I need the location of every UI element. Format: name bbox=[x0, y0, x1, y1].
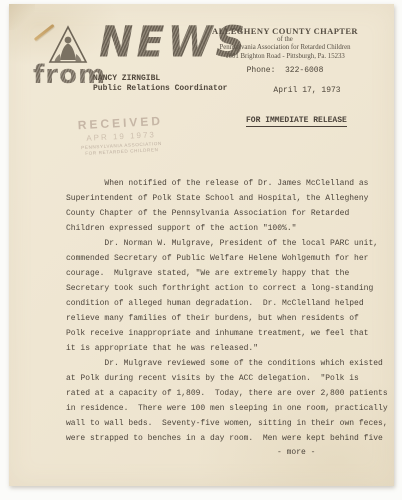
body-line: in residence. There were 100 men sleepin… bbox=[66, 401, 396, 416]
association-name: Pennsylvania Association for Retarded Ch… bbox=[190, 44, 380, 53]
for-immediate-release-label: FOR IMMEDIATE RELEASE bbox=[246, 116, 347, 127]
body-line: were strapped to benches in a day room. … bbox=[66, 431, 396, 446]
organization-block: ALLEGHENY COUNTY CHAPTER of the Pennsylv… bbox=[190, 26, 380, 95]
body-line: Dr. Norman W. Mulgrave, President of the… bbox=[66, 236, 396, 251]
date-line: April 17, 1973 bbox=[190, 86, 380, 95]
body-line: Children expressed support of the action… bbox=[66, 221, 396, 236]
body-line: Polk receive inappropriate and inhumane … bbox=[66, 326, 396, 341]
body-line: it is appropriate that he was released." bbox=[66, 341, 396, 356]
body-line: Superintendent of Polk State School and … bbox=[66, 191, 396, 206]
body-line: County Chapter of the Pennsylvania Assoc… bbox=[66, 206, 396, 221]
body-line: courage. Mulgrave stated, "We are extrem… bbox=[66, 266, 396, 281]
body-line: wall to wall beds. Seventy-five women, s… bbox=[66, 416, 396, 431]
body-line: Dr. Mulgrave reviewed some of the condit… bbox=[66, 356, 396, 371]
body-line: commended Secretary of Public Welfare He… bbox=[66, 251, 396, 266]
body-line: relieve many families of their burdens, … bbox=[66, 311, 396, 326]
body-line: When notified of the release of Dr. Jame… bbox=[66, 176, 396, 191]
phone-line: Phone: 322-6008 bbox=[190, 66, 380, 75]
body-line: rated at a capacity of 1,809. Today, the… bbox=[66, 386, 396, 401]
body-line: at Polk during recent visits by the ACC … bbox=[66, 371, 396, 386]
address-line: 1001 Brighton Road - Pittsburgh, Pa. 152… bbox=[190, 53, 380, 62]
body-line: Secretary took such forthright action to… bbox=[66, 281, 396, 296]
received-stamp: RECEIVED APR 19 1973 PENNSYLVANIA ASSOCI… bbox=[60, 113, 182, 157]
more-continuation-marker: - more - bbox=[277, 448, 315, 457]
body-line: condition of alleged human degradation. … bbox=[66, 296, 396, 311]
paper-corner-crease bbox=[9, 4, 35, 30]
chapter-name: ALLEGHENY COUNTY CHAPTER bbox=[190, 26, 380, 36]
press-release-page: NEWS from NANCY ZIRNGIBLPublic Relations… bbox=[9, 4, 394, 486]
contact-name: NANCY ZIRNGIBL bbox=[93, 74, 160, 83]
of-the: of the bbox=[190, 36, 380, 44]
body-text: When notified of the release of Dr. Jame… bbox=[66, 176, 396, 446]
